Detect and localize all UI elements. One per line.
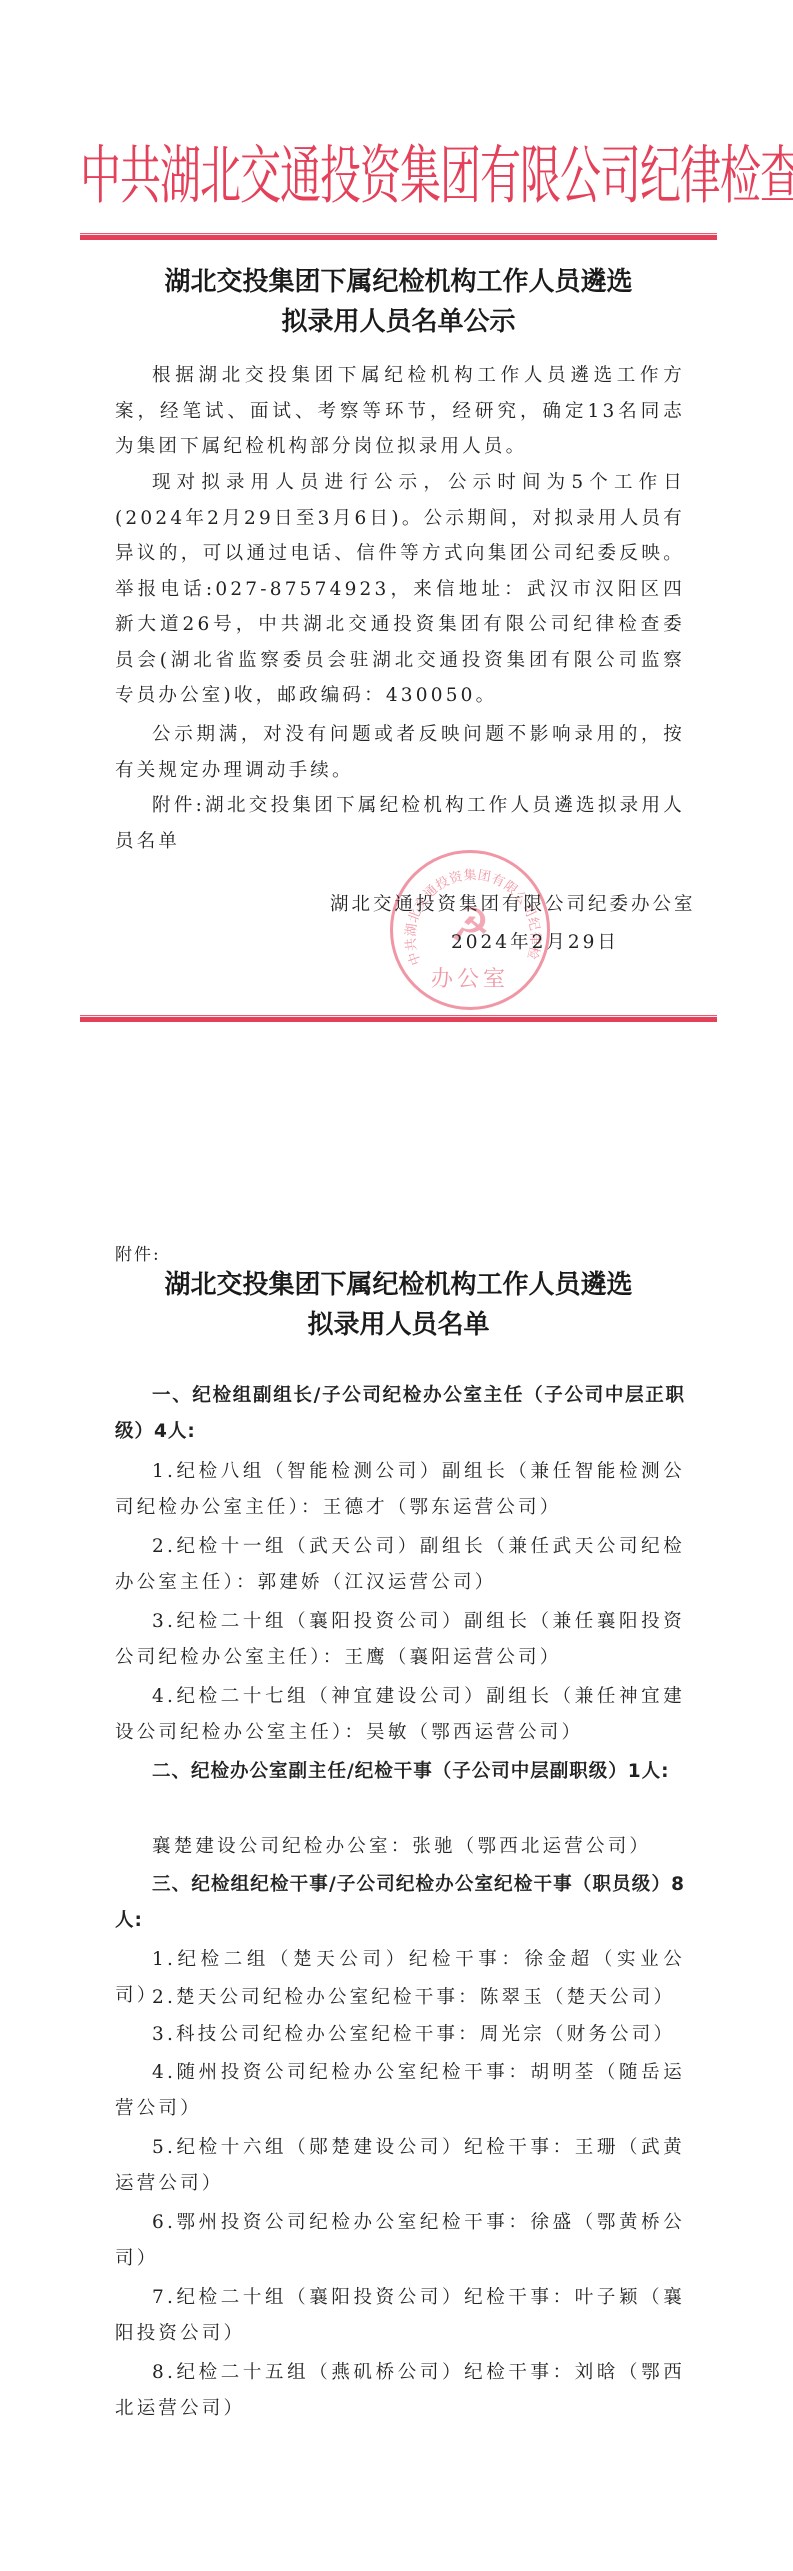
- section-1-item: 3.纪检二十组（襄阳投资公司）副组长（兼任襄阳投资公司纪检办公室主任）：王鹰（襄…: [115, 1604, 685, 1675]
- section-3-heading: 三、纪检组纪检干事/子公司纪检办公室纪检干事（职员级）8人:: [115, 1867, 685, 1938]
- notice-title-line2: 拟录用人员名单公示: [80, 302, 717, 342]
- signature-org: 湖北交通投资集团有限公司纪委办公室: [330, 890, 696, 916]
- letterhead-divider: [80, 233, 717, 240]
- attachment-label: 附件:: [115, 1240, 161, 1265]
- section-2-item: 襄楚建设公司纪检办公室：张驰（鄂西北运营公司）: [115, 1829, 685, 1865]
- notice-paragraph-3: 公示期满，对没有问题或者反映问题不影响录用的，按有关规定办理调动手续。: [115, 717, 685, 788]
- section-3-item: 3.科技公司纪检办公室纪检干事：周光宗（财务公司）: [115, 2017, 685, 2053]
- section-2-heading: 二、纪检办公室副主任/纪检干事（子公司中层副职级）1人:: [115, 1754, 685, 1790]
- footer-divider: [80, 1015, 717, 1022]
- attachment-note: 附件:湖北交投集团下属纪检机构工作人员遴选拟录用人员名单: [115, 788, 685, 859]
- section-3-item: 4.随州投资公司纪检办公室纪检干事：胡明荃（随岳运营公司）: [115, 2055, 685, 2126]
- attachment-title-line1: 湖北交投集团下属纪检机构工作人员遴选: [80, 1265, 717, 1305]
- section-3-item: 8.纪检二十五组（燕矶桥公司）纪检干事：刘晗（鄂西北运营公司）: [115, 2355, 685, 2426]
- section-3-item: 2.楚天公司纪检办公室纪检干事：陈翠玉（楚天公司）: [115, 1980, 685, 2016]
- section-3-item: 6.鄂州投资公司纪检办公室纪检干事：徐盛（鄂黄桥公司）: [115, 2205, 685, 2276]
- section-1-heading: 一、纪检组副组长/子公司纪检办公室主任（子公司中层正职级）4人:: [115, 1378, 685, 1449]
- section-3-item: 5.纪检十六组（郧楚建设公司）纪检干事：王珊（武黄运营公司）: [115, 2130, 685, 2201]
- notice-paragraph-2: 现对拟录用人员进行公示，公示时间为5个工作日(2024年2月29日至3月6日)。…: [115, 465, 685, 714]
- section-1-item: 4.纪检二十七组（神宜建设公司）副组长（兼任神宜建设公司纪检办公室主任）：吴敏（…: [115, 1679, 685, 1750]
- notice-title-line1: 湖北交投集团下属纪检机构工作人员遴选: [80, 262, 717, 302]
- letterhead-org-name: 中共湖北交通投资集团有限公司纪律检查委员会: [80, 102, 717, 251]
- section-3-item: 7.纪检二十组（襄阳投资公司）纪检干事：叶子颖（襄阳投资公司）: [115, 2280, 685, 2351]
- section-1-item: 2.纪检十一组（武天公司）副组长（兼任武天公司纪检办公室主任）：郭建娇（江汉运营…: [115, 1529, 685, 1600]
- seal-center-text: 办公室: [393, 962, 547, 993]
- section-1-item: 1.纪检八组（智能检测公司）副组长（兼任智能检测公司纪检办公室主任）：王德才（鄂…: [115, 1454, 685, 1525]
- notice-paragraph-1: 根据湖北交投集团下属纪检机构工作人员遴选工作方案，经笔试、面试、考察等环节，经研…: [115, 358, 685, 465]
- signature-date: 2024年2月29日: [451, 928, 619, 954]
- attachment-title-line2: 拟录用人员名单: [80, 1305, 717, 1345]
